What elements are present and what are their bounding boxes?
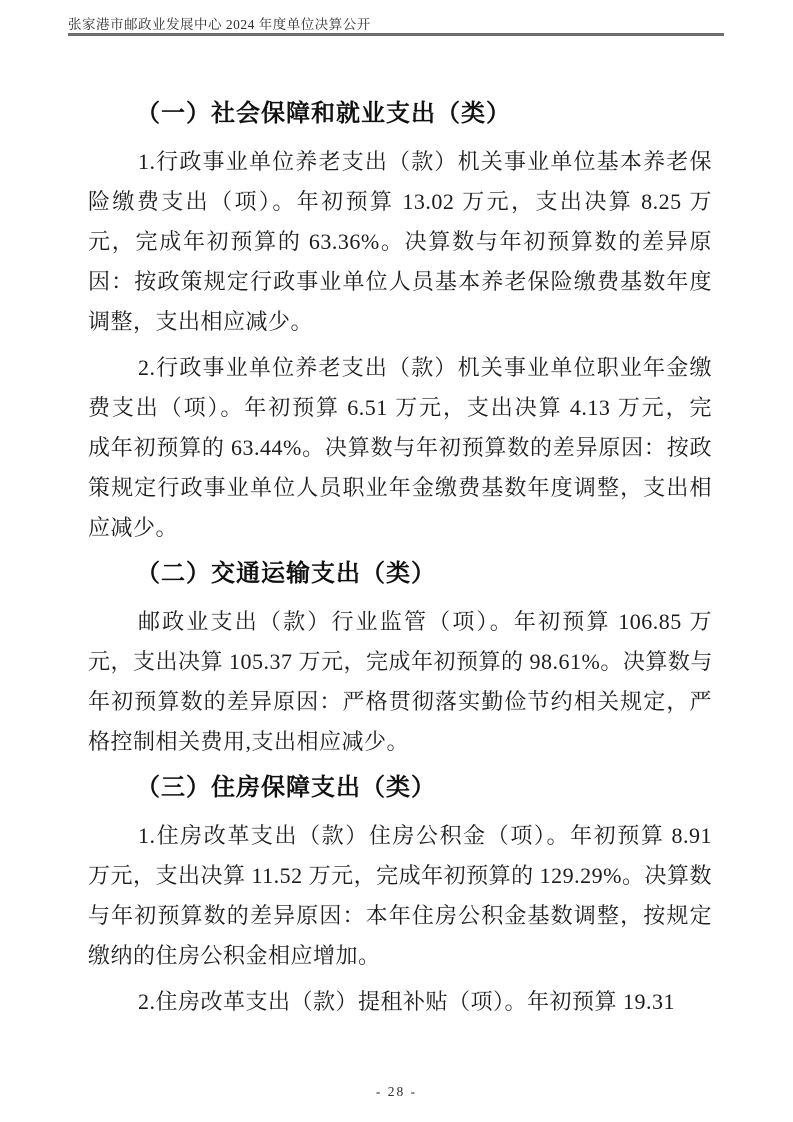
text-line: 调整，支出相应减少。 — [88, 302, 712, 342]
text-line: 费支出（项）。年初预算 6.51 万元，支出决算 4.13 万元，完 — [88, 388, 712, 428]
text-line: 邮政业支出（款）行业监管（项）。年初预算 106.85 万 — [88, 602, 712, 642]
text-line: 缴纳的住房公积金相应增加。 — [88, 936, 712, 976]
content-area: （一）社会保障和就业支出（类）1.行政事业单位养老支出（款）机关事业单位基本养老… — [88, 88, 712, 1022]
body-paragraph: 2.行政事业单位养老支出（款）机关事业单位职业年金缴费支出（项）。年初预算 6.… — [88, 348, 712, 548]
header-divider — [68, 33, 724, 36]
text-line: 2.行政事业单位养老支出（款）机关事业单位职业年金缴 — [88, 348, 712, 388]
document-header-title: 张家港市邮政业发展中心 2024 年度单位决算公开 — [68, 13, 724, 33]
section-heading: （二）交通运输支出（类） — [88, 552, 712, 596]
text-line: 与年初预算数的差异原因：本年住房公积金基数调整，按规定 — [88, 896, 712, 936]
body-paragraph: 邮政业支出（款）行业监管（项）。年初预算 106.85 万元，支出决算 105.… — [88, 602, 712, 762]
page-number: - 28 - — [0, 1084, 793, 1100]
text-line: 元，完成年初预算的 63.36%。决算数与年初预算数的差异原 — [88, 222, 712, 262]
body-paragraph: 2.住房改革支出（款）提租补贴（项）。年初预算 19.31 — [88, 982, 712, 1022]
text-line: 成年初预算的 63.44%。决算数与年初预算数的差异原因：按政 — [88, 428, 712, 468]
section-heading: （三）住房保障支出（类） — [88, 766, 712, 810]
text-line: 1.住房改革支出（款）住房公积金（项）。年初预算 8.91 — [88, 816, 712, 856]
text-line: 格控制相关费用,支出相应减少。 — [88, 722, 712, 762]
body-paragraph: 1.住房改革支出（款）住房公积金（项）。年初预算 8.91万元，支出决算 11.… — [88, 816, 712, 976]
body-paragraph: 1.行政事业单位养老支出（款）机关事业单位基本养老保险缴费支出（项）。年初预算 … — [88, 142, 712, 342]
text-line: 年初预算数的差异原因：严格贯彻落实勤俭节约相关规定，严 — [88, 682, 712, 722]
text-line: 1.行政事业单位养老支出（款）机关事业单位基本养老保 — [88, 142, 712, 182]
text-line: 策规定行政事业单位人员职业年金缴费基数年度调整，支出相 — [88, 468, 712, 508]
section-heading: （一）社会保障和就业支出（类） — [88, 92, 712, 136]
text-line: 因：按政策规定行政事业单位人员基本养老保险缴费基数年度 — [88, 262, 712, 302]
text-line: 应减少。 — [88, 508, 712, 548]
document-page: 张家港市邮政业发展中心 2024 年度单位决算公开 （一）社会保障和就业支出（类… — [0, 0, 793, 1122]
text-line: 元，支出决算 105.37 万元，完成年初预算的 98.61%。决算数与 — [88, 642, 712, 682]
text-line: 险缴费支出（项）。年初预算 13.02 万元，支出决算 8.25 万 — [88, 182, 712, 222]
text-line: 万元，支出决算 11.52 万元，完成年初预算的 129.29%。决算数 — [88, 856, 712, 896]
text-line: 2.住房改革支出（款）提租补贴（项）。年初预算 19.31 — [88, 982, 712, 1022]
